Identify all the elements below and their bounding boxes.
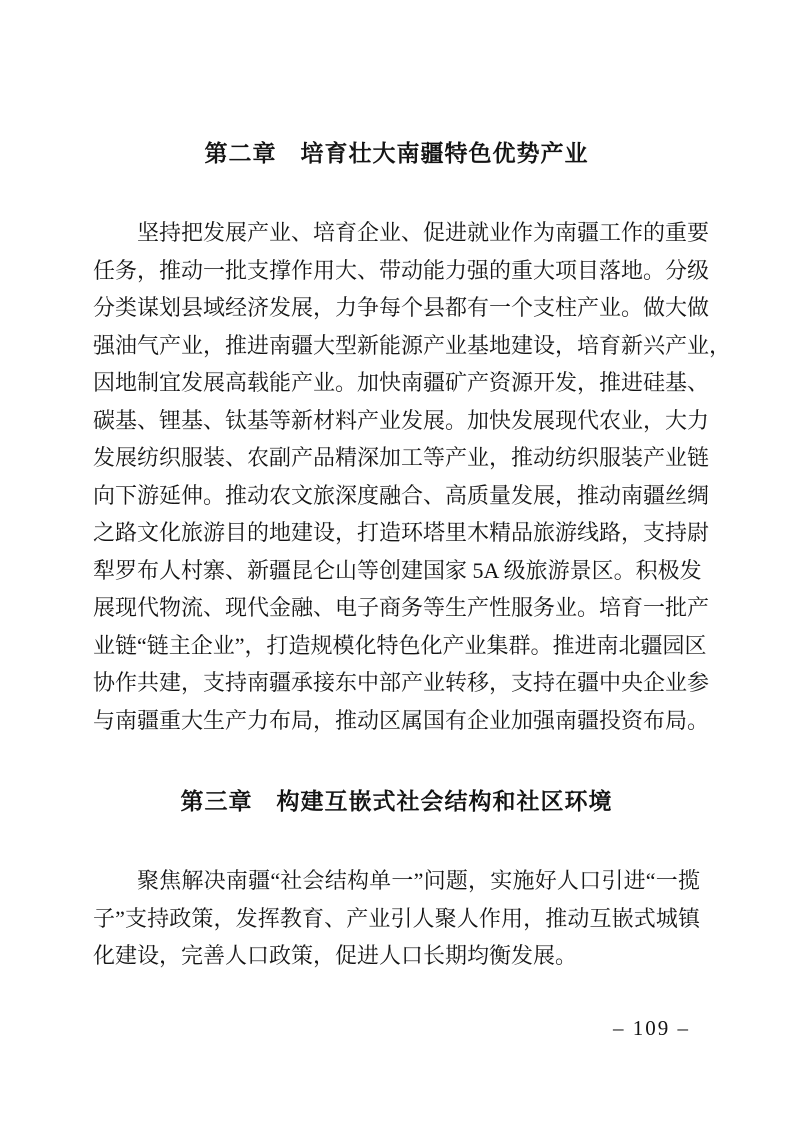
page-content: 第二章 培育壮大南疆特色优势产业 坚持把发展产业、培育企业、促进就业作为南疆工作… xyxy=(93,138,700,975)
chapter-3-heading: 第三章 构建互嵌式社会结构和社区环境 xyxy=(93,786,700,818)
chapter-3-paragraph: 聚焦解决南疆“社会结构单一”问题，实施好人口引进“一揽 子”支持政策，发挥教育、… xyxy=(93,862,700,975)
chapter-2-paragraph: 坚持把发展产业、培育企业、促进就业作为南疆工作的重要 任务，推动一批支撑作用大、… xyxy=(93,214,700,739)
text-line: 碳基、锂基、钛基等新材料产业发展。加快发展现代农业，大力 xyxy=(93,402,700,440)
text-line: 展现代物流、现代金融、电子商务等生产性服务业。培育一批产 xyxy=(93,589,700,627)
text-line: 因地制宜发展高载能产业。加快南疆矿产资源开发，推进硅基、 xyxy=(93,364,700,402)
text-line: 分类谋划县域经济发展，力争每个县都有一个支柱产业。做大做 xyxy=(93,289,700,327)
document-page: 第二章 培育壮大南疆特色优势产业 坚持把发展产业、培育企业、促进就业作为南疆工作… xyxy=(0,0,793,1122)
text-line: 化建设，完善人口政策，促进人口长期均衡发展。 xyxy=(93,937,700,975)
text-line: 强油气产业，推进南疆大型新能源产业基地建设，培育新兴产业， xyxy=(93,327,700,365)
text-line: 与南疆重大生产力布局，推动区属国有企业加强南疆投资布局。 xyxy=(93,702,700,740)
text-line: 协作共建，支持南疆承接东中部产业转移，支持在疆中央企业参 xyxy=(93,664,700,702)
text-line: 犁罗布人村寨、新疆昆仑山等创建国家 5A 级旅游景区。积极发 xyxy=(93,552,700,590)
page-number: – 109 – xyxy=(613,1015,690,1041)
text-line: 发展纺织服装、农副产品精深加工等产业，推动纺织服装产业链 xyxy=(93,439,700,477)
text-line: 坚持把发展产业、培育企业、促进就业作为南疆工作的重要 xyxy=(93,214,700,252)
text-line: 聚焦解决南疆“社会结构单一”问题，实施好人口引进“一揽 xyxy=(93,862,700,900)
text-line: 子”支持政策，发挥教育、产业引人聚人作用，推动互嵌式城镇 xyxy=(93,900,700,938)
text-line: 业链“链主企业”，打造规模化特色化产业集群。推进南北疆园区 xyxy=(93,627,700,665)
text-line: 任务，推动一批支撑作用大、带动能力强的重大项目落地。分级 xyxy=(93,252,700,290)
text-line: 向下游延伸。推动农文旅深度融合、高质量发展，推动南疆丝绸 xyxy=(93,477,700,515)
text-line: 之路文化旅游目的地建设，打造环塔里木精品旅游线路，支持尉 xyxy=(93,514,700,552)
chapter-2-heading: 第二章 培育壮大南疆特色优势产业 xyxy=(93,138,700,170)
